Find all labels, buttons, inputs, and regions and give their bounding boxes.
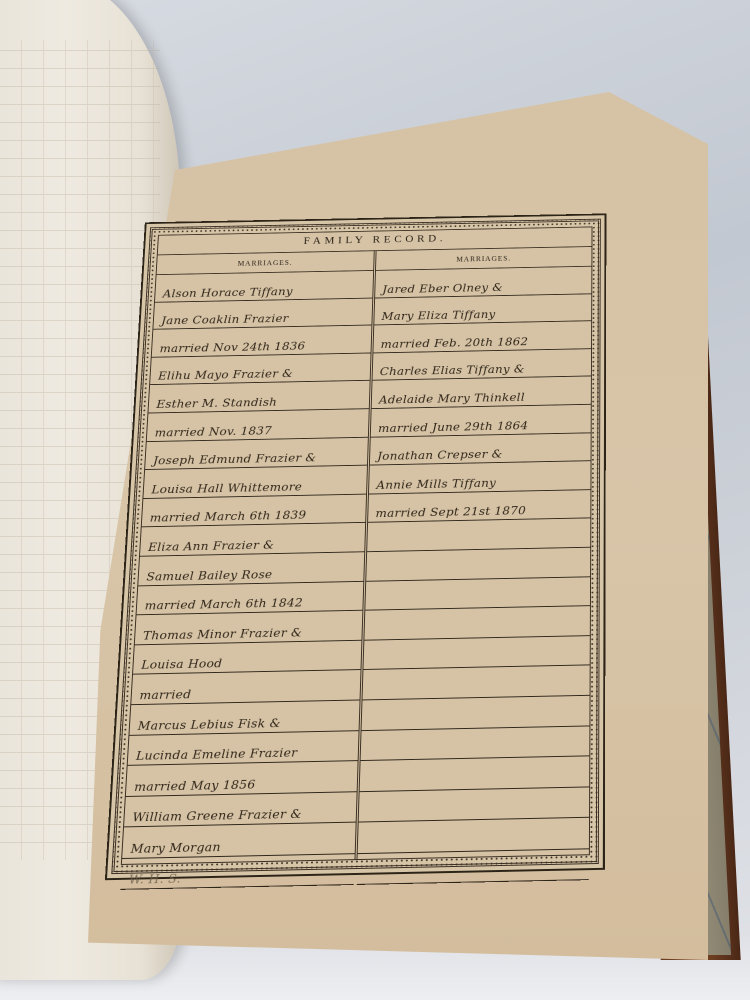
handwritten-entry: married May 1856 — [134, 776, 256, 793]
handwritten-entry: Thomas Minor Frazier & — [143, 625, 303, 642]
handwritten-entry: Charles Elias Tiffany & — [380, 362, 525, 378]
handwritten-entry: Mary Eliza Tiffany — [381, 308, 495, 323]
entry-line — [366, 548, 590, 582]
entry-line — [363, 636, 590, 670]
entry-line: Jared Eber Olney & — [375, 267, 592, 298]
entry-line — [359, 756, 589, 791]
entry-line: married March 6th 1839 — [142, 494, 366, 527]
handwritten-entry: Jared Eber Olney & — [382, 280, 503, 295]
handwritten-entry: Adelaide Mary Thinkell — [379, 390, 525, 406]
handwritten-entry: Annie Mills Tiffany — [376, 475, 496, 491]
handwritten-entry: married Sept 21st 1870 — [375, 503, 526, 520]
entry-line: Alson Horace Tiffany — [155, 271, 373, 302]
handwritten-entry: Marcus Lebius Fisk & — [137, 715, 281, 732]
handwritten-entry: Elihu Mayo Frazier & — [158, 367, 293, 383]
entry-line: Annie Mills Tiffany — [368, 461, 590, 494]
entry-line: William Greene Frazier & — [124, 792, 356, 828]
entry-line: married Nov. 1837 — [147, 409, 369, 442]
entry-line: Adelaide Mary Thinkell — [371, 377, 591, 409]
handwritten-entry: Louisa Hall Whittemore — [151, 479, 302, 496]
family-record-frame: FAMILY RECORD. MARRIAGES. Alson Horace T… — [105, 213, 606, 880]
handwritten-entry: Lucinda Emeline Frazier — [136, 745, 298, 763]
entry-line: Lucinda Emeline Frazier — [128, 731, 358, 766]
entry-line: married June 29th 1864 — [370, 405, 591, 438]
handwritten-entry: married March 6th 1839 — [150, 508, 307, 525]
entry-line — [360, 726, 589, 761]
handwritten-entry: Jane Coaklin Frazier — [161, 312, 289, 328]
entry-line — [365, 577, 590, 611]
entry-line — [364, 606, 590, 640]
entry-line — [362, 666, 590, 701]
handwritten-entry: William Greene Frazier & — [132, 806, 302, 824]
handwritten-entry: Louisa Hood — [141, 656, 223, 672]
right-marriages-column: MARRIAGES. Jared Eber Olney &Mary Eliza … — [357, 247, 591, 859]
entry-line: Joseph Edmund Frazier & — [145, 437, 367, 470]
entry-line — [358, 787, 589, 823]
decorative-border: FAMILY RECORD. MARRIAGES. Alson Horace T… — [111, 219, 601, 874]
entry-line: Samuel Bailey Rose — [138, 552, 364, 586]
handwritten-entry: Eliza Ann Frazier & — [148, 537, 275, 553]
entry-line: Charles Elias Tiffany & — [372, 349, 591, 381]
handwritten-entry: W. H. S. — [128, 871, 181, 887]
entry-line: Jane Coaklin Frazier — [153, 298, 372, 330]
handwritten-entry: Mary Morgan — [130, 839, 221, 856]
handwritten-entry: Esther M. Standish — [156, 395, 277, 411]
entry-line: W. H. S. — [120, 854, 354, 890]
handwritten-entry: married Nov 24th 1836 — [159, 339, 305, 355]
handwritten-entry: Alson Horace Tiffany — [163, 284, 294, 299]
record-columns: MARRIAGES. Alson Horace TiffanyJane Coak… — [122, 246, 592, 864]
handwritten-entry: married March 6th 1842 — [144, 595, 303, 612]
entry-line: Louisa Hall Whittemore — [143, 466, 366, 499]
record-body: FAMILY RECORD. MARRIAGES. Alson Horace T… — [121, 226, 593, 865]
entry-line: Eliza Ann Frazier & — [140, 523, 365, 557]
left-marriages-column: MARRIAGES. Alson Horace TiffanyJane Coak… — [122, 251, 376, 864]
entry-line: married — [131, 670, 360, 705]
entry-line: Mary Eliza Tiffany — [374, 294, 592, 326]
handwritten-entry: Joseph Edmund Frazier & — [153, 451, 317, 468]
entry-line: Esther M. Standish — [148, 381, 369, 413]
entry-line: married Sept 21st 1870 — [368, 490, 591, 523]
entry-line — [361, 696, 590, 731]
entry-line: Louisa Hood — [133, 640, 361, 674]
entry-line: married March 6th 1842 — [136, 581, 362, 615]
entry-line: Elihu Mayo Frazier & — [150, 353, 370, 385]
handwritten-entry: married Feb. 20th 1862 — [380, 334, 528, 350]
entry-line: married May 1856 — [126, 761, 357, 796]
entry-line — [357, 818, 589, 854]
entry-line: Mary Morgan — [122, 823, 355, 859]
entry-line: Thomas Minor Frazier & — [135, 611, 362, 645]
entry-line: Jonathan Crepser & — [369, 433, 590, 466]
handwritten-entry: married — [139, 687, 191, 702]
entry-line — [356, 849, 589, 885]
right-entry-lines: Jared Eber Olney &Mary Eliza Tiffanymarr… — [356, 267, 591, 886]
left-entry-lines: Alson Horace TiffanyJane Coaklin Frazier… — [120, 271, 372, 890]
entry-line: married Feb. 20th 1862 — [373, 321, 591, 353]
entry-line: married Nov 24th 1836 — [152, 326, 371, 358]
entry-line — [367, 519, 591, 552]
entry-line: Marcus Lebius Fisk & — [129, 700, 359, 735]
handwritten-entry: Samuel Bailey Rose — [146, 567, 273, 583]
handwritten-entry: married Nov. 1837 — [154, 423, 272, 439]
handwritten-entry: married June 29th 1864 — [378, 418, 528, 434]
handwritten-entry: Jonathan Crepser & — [377, 447, 503, 463]
